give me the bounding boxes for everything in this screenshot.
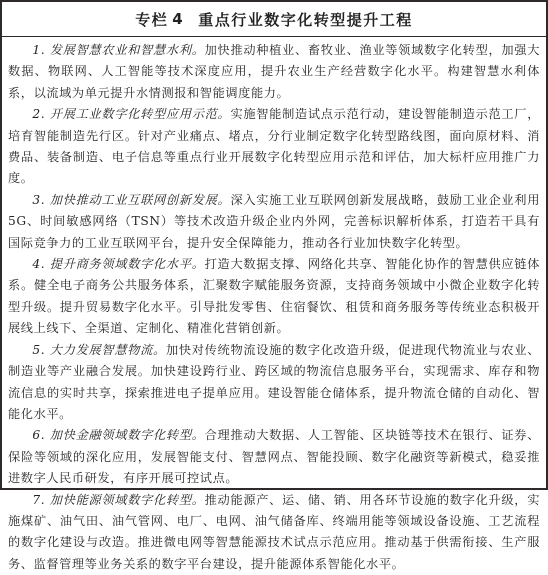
feature-box: 专栏 4 重点行业数字化转型提升工程 1. 发展智慧农业和智慧水利。加快推动种植… — [0, 0, 548, 490]
title-number: 4 — [172, 10, 184, 28]
list-item-finance: 6. 加快金融领域数字化转型。合理推动大数据、人工智能、区块链等技术在银行、证券… — [8, 425, 540, 489]
item-heading: 6. 加快金融领域数字化转型。 — [32, 428, 204, 442]
box-title: 专栏 4 重点行业数字化转型提升工程 — [2, 2, 546, 37]
title-prefix: 专栏 — [135, 9, 168, 30]
list-item-commerce: 4. 提升商务领域数字化水平。打造大数据支撑、网络化共享、智能化协作的智慧供应链… — [8, 254, 540, 340]
list-item-agriculture-water: 1. 发展智慧农业和智慧水利。加快推动种植业、畜牧业、渔业等领域数字化转型，加强… — [8, 40, 540, 104]
item-heading: 1. 发展智慧农业和智慧水利。 — [32, 43, 204, 57]
item-heading: 2. 开展工业数字化转型应用示范。 — [32, 107, 230, 121]
box-content: 1. 发展智慧农业和智慧水利。加快推动种植业、畜牧业、渔业等领域数字化转型，加强… — [2, 37, 546, 490]
item-heading: 4. 提升商务领域数字化水平。 — [32, 257, 204, 271]
list-item-logistics: 5. 大力发展智慧物流。加快对传统物流设施的数字化改造升级，促进现代物流业与农业… — [8, 340, 540, 426]
title-text: 重点行业数字化转型提升工程 — [198, 9, 413, 30]
list-item-industrial-internet: 3. 加快推动工业互联网创新发展。深入实施工业互联网创新发展战略，鼓励工业企业利… — [8, 190, 540, 254]
item-heading: 3. 加快推动工业互联网创新发展。 — [32, 193, 230, 207]
list-item-industry: 2. 开展工业数字化转型应用示范。实施智能制造试点示范行动，建设智能制造示范工厂… — [8, 104, 540, 190]
item-heading: 5. 大力发展智慧物流。 — [32, 343, 166, 357]
